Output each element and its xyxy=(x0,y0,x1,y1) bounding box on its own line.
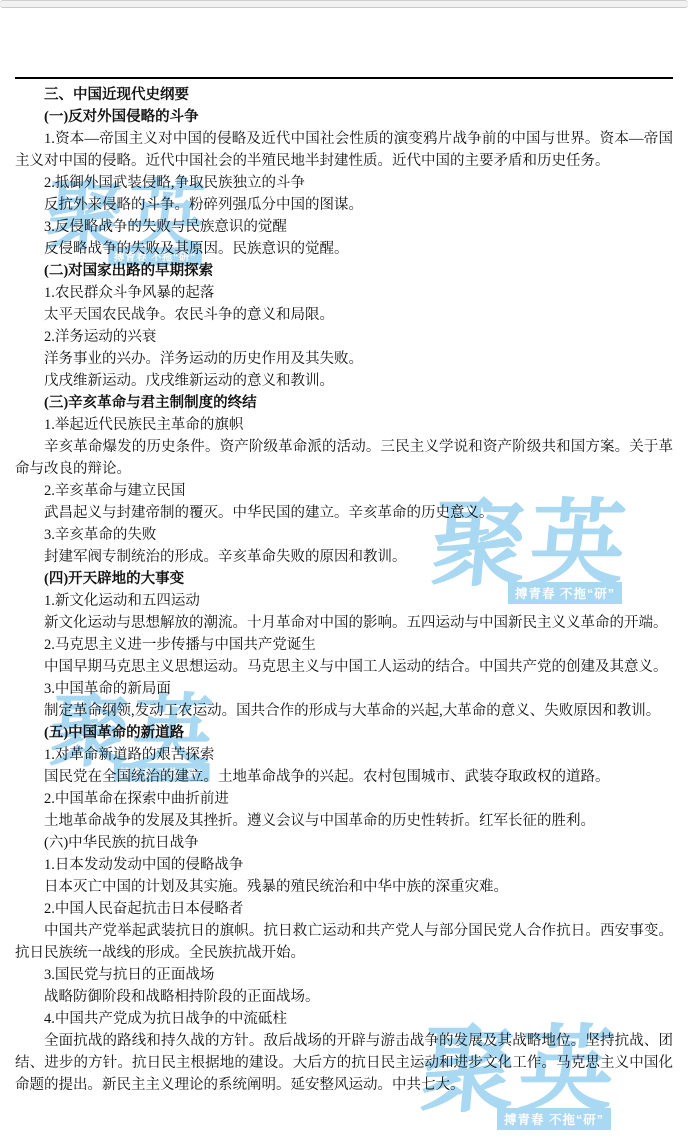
section-heading: 三、中国近现代史纲要 xyxy=(15,84,673,106)
topic-item: 1.日本发动发动中国的侵略战争 xyxy=(15,854,673,876)
topic-item: 2.马克思主义进一步传播与中国共产党诞生 xyxy=(15,634,673,656)
detail-text: 全面抗战的路线和持久战的方针。敌后战场的开辟与游击战争的发展及其战略地位。坚持抗… xyxy=(15,1030,673,1096)
topic-item: 2.中国人民奋起抗击日本侵略者 xyxy=(15,898,673,920)
topic-item: 2.抵御外国武装侵略,争取民族独立的斗争 xyxy=(15,172,673,194)
watermark-slogan: 搏青春 不拖“研” xyxy=(497,1108,611,1130)
page-top-edge xyxy=(0,0,688,8)
detail-text: 反侵略战争的失败及其原因。民族意识的觉醒。 xyxy=(15,238,673,260)
topic-item: 2.中国革命在探索中曲折前进 xyxy=(15,788,673,810)
detail-text: 武昌起义与封建帝制的覆灭。中华民国的建立。辛亥革命的历史意义。 xyxy=(15,502,673,524)
detail-text: 封建军阀专制统治的形成。辛亥革命失败的原因和教训。 xyxy=(15,546,673,568)
section-heading: (四)开天辟地的大事变 xyxy=(15,568,673,590)
detail-text: 辛亥革命爆发的历史条件。资产阶级革命派的活动。三民主义学说和资产阶级共和国方案。… xyxy=(15,436,673,480)
detail-text: 战略防御阶段和战略相持阶段的正面战场。 xyxy=(15,986,673,1008)
topic-item: 3.反侵略战争的失败与民族意识的觉醒 xyxy=(15,216,673,238)
topic-item: 1.对革命新道路的艰苦探索 xyxy=(15,744,673,766)
divider-line xyxy=(15,77,673,79)
topic-item: 1.举起近代民族民主革命的旗帜 xyxy=(15,414,673,436)
section-heading: (三)辛亥革命与君主制制度的终结 xyxy=(15,392,673,414)
topic-item: 1.资本—帝国主义对中国的侵略及近代中国社会性质的演变鸦片战争前的中国与世界。资… xyxy=(15,128,673,172)
topic-item: 2.辛亥革命与建立民国 xyxy=(15,480,673,502)
section-heading: (一)反对外国侵略的斗争 xyxy=(15,106,673,128)
detail-text: 新文化运动与思想解放的潮流。十月革命对中国的影响。五四运动与中国新民主义义革命的… xyxy=(15,612,673,634)
detail-text: 制定革命纲领,发动工农运动。国共合作的形成与大革命的兴起,大革命的意义、失败原因… xyxy=(15,700,673,722)
detail-text: 土地革命战争的发展及其挫折。遵义会议与中国革命的历史性转折。红军长征的胜利。 xyxy=(15,810,673,832)
detail-text: 戊戌维新运动。戊戌维新运动的意义和教训。 xyxy=(15,370,673,392)
section-heading: (六)中华民族的抗日战争 xyxy=(15,832,673,854)
detail-text: 日本灭亡中国的计划及其实施。残暴的殖民统治和中华中族的深重灾难。 xyxy=(15,876,673,898)
detail-text: 太平天国农民战争。农民斗争的意义和局限。 xyxy=(15,304,673,326)
topic-item: 2.洋务运动的兴衰 xyxy=(15,326,673,348)
detail-text: 中国共产党举起武装抗日的旗帜。抗日救亡运动和共产党人与部分国民党人合作抗日。西安… xyxy=(15,920,673,964)
topic-item: 1.新文化运动和五四运动 xyxy=(15,590,673,612)
topic-item: 4.中国共产党成为抗日战争的中流砥柱 xyxy=(15,1008,673,1030)
detail-text: 洋务事业的兴办。洋务运动的历史作用及其失败。 xyxy=(15,348,673,370)
topic-item: 3.辛亥革命的失败 xyxy=(15,524,673,546)
detail-text: 国民党在全国统治的建立。土地革命战争的兴起。农村包围城市、武装夺取政权的道路。 xyxy=(15,766,673,788)
document-body: 三、中国近现代史纲要(一)反对外国侵略的斗争1.资本—帝国主义对中国的侵略及近代… xyxy=(15,84,673,1096)
topic-item: 3.中国革命的新局面 xyxy=(15,678,673,700)
section-heading: (二)对国家出路的早期探索 xyxy=(15,260,673,282)
detail-text: 反抗外来侵略的斗争。粉碎列强瓜分中国的图谋。 xyxy=(15,194,673,216)
detail-text: 中国早期马克思主义思想运动。马克思主义与中国工人运动的结合。中国共产党的创建及其… xyxy=(15,656,673,678)
topic-item: 1.农民群众斗争风暴的起落 xyxy=(15,282,673,304)
topic-item: 3.国民党与抗日的正面战场 xyxy=(15,964,673,986)
section-heading: (五)中国革命的新道路 xyxy=(15,722,673,744)
